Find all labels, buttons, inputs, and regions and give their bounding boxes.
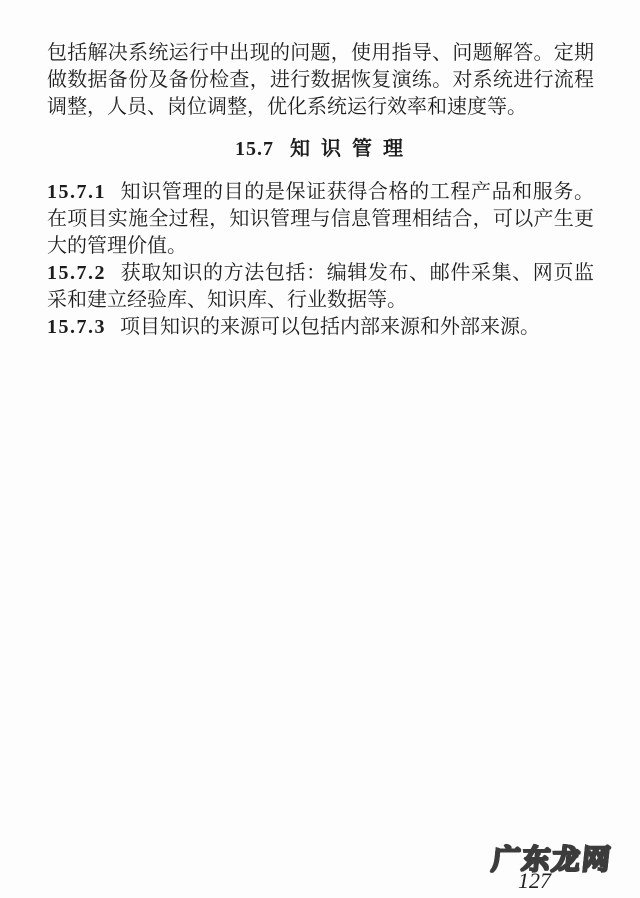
scanned-book-page: 包括解决系统运行中出现的问题，使用指导、问题解答。定期做数据备份及备份检查，进行… — [0, 0, 640, 898]
intro-paragraph: 包括解决系统运行中出现的问题，使用指导、问题解答。定期做数据备份及备份检查，进行… — [47, 40, 594, 121]
clause-number: 15.7.3 — [47, 316, 106, 338]
clause-paragraph: 15.7.2获取知识的方法包括：编辑发布、邮件采集、网页监采和建立经验库、知识库… — [47, 260, 594, 314]
clause-text: 知识管理的目的是保证获得合格的工程产品和服务。在项目实施全过程，知识管理与信息管… — [47, 181, 594, 257]
clause-text: 获取知识的方法包括：编辑发布、邮件采集、网页监采和建立经验库、知识库、行业数据等… — [47, 262, 594, 311]
section-heading-title: 知 识 管 理 — [290, 138, 406, 160]
clause-paragraph: 15.7.1知识管理的目的是保证获得合格的工程产品和服务。在项目实施全过程，知识… — [47, 179, 594, 260]
clause-number: 15.7.2 — [47, 262, 106, 284]
section-heading-number: 15.7 — [235, 138, 274, 160]
clause-text: 项目知识的来源可以包括内部来源和外部来源。 — [120, 316, 540, 338]
clause-paragraph: 15.7.3项目知识的来源可以包括内部来源和外部来源。 — [47, 314, 594, 341]
section-heading: 15.7知 识 管 理 — [47, 137, 594, 161]
intro-paragraph-text: 包括解决系统运行中出现的问题，使用指导、问题解答。定期做数据备份及备份检查，进行… — [47, 42, 594, 118]
clause-number: 15.7.1 — [47, 181, 106, 203]
text-block: 包括解决系统运行中出现的问题，使用指导、问题解答。定期做数据备份及备份检查，进行… — [47, 40, 594, 341]
page-number: 127 — [518, 868, 551, 894]
publisher-watermark: 广东龙网 — [490, 845, 613, 875]
